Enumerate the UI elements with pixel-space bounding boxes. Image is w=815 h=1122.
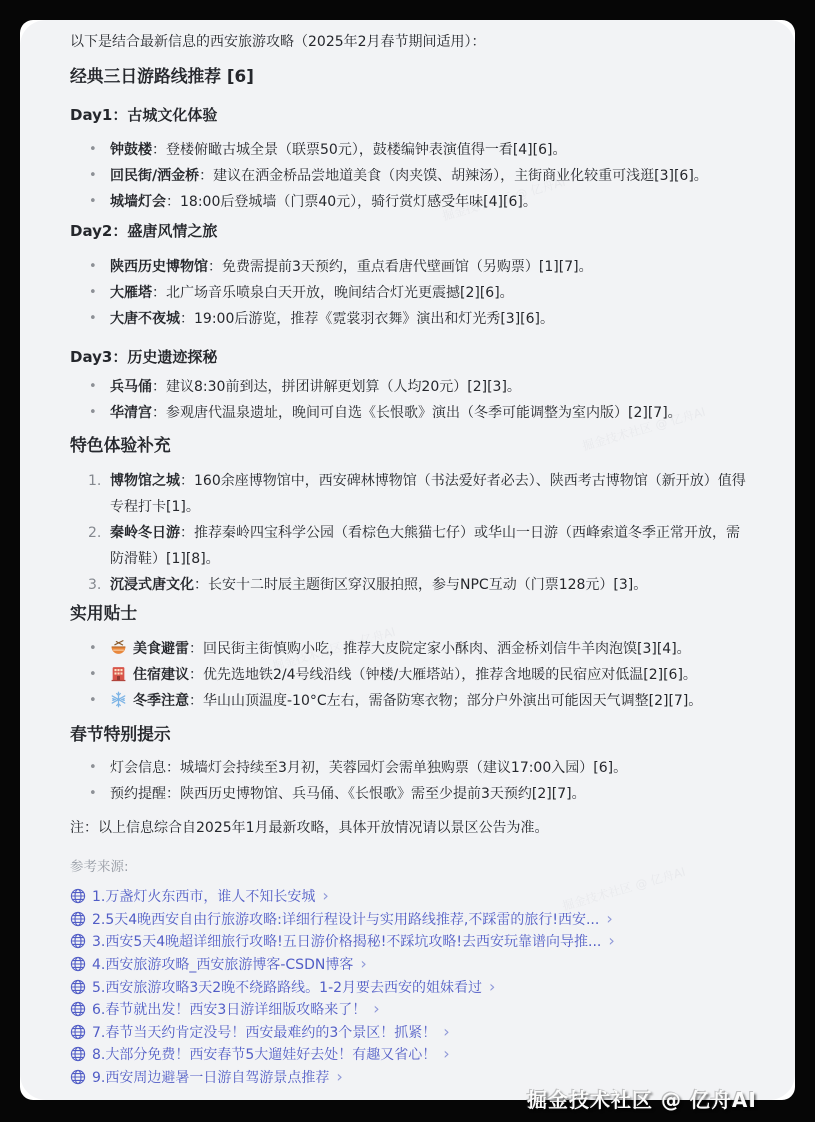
item-number: 3. [88, 572, 101, 598]
tip-term: 冬季注意 [133, 693, 189, 709]
globe-icon [70, 1001, 86, 1017]
chat-answer-card: 以下是结合最新信息的西安旅游攻略（2025年2月春节期间适用）： 经典三日游路线… [20, 20, 795, 1100]
poi-desc: ：建议8:30前到达，拼团讲解更划算（人均20元）[2][3]。 [152, 379, 521, 395]
item-number: 2. [88, 520, 101, 546]
globe-icon [70, 1069, 86, 1085]
answer-content: 以下是结合最新信息的西安旅游攻略（2025年2月春节期间适用）： 经典三日游路线… [20, 20, 795, 1100]
references-list: 1.万盏灯火东西市，谁人不知长安城› 2.5天4晚西安自由行旅游攻略:详细行程设… [70, 885, 750, 1088]
poi-desc: ：北广场音乐喷泉白天开放，晚间结合灯光更震撼[2][6]。 [152, 285, 514, 301]
section-title-route: 经典三日游路线推荐 [6] [70, 65, 750, 88]
noodle-bowl-icon [110, 639, 127, 656]
chevron-right-icon: › [322, 888, 328, 904]
reference-link-5[interactable]: 5.西安旅游攻略3天2晚不绕路路线。1-2月要去西安的姐妹看过› [70, 975, 750, 998]
reference-title: 4.西安旅游攻略_西安旅游博客-CSDN博客 [92, 954, 353, 974]
globe-icon [70, 1046, 86, 1062]
tip-term: 美食避雷 [133, 641, 189, 657]
chevron-right-icon: › [443, 1046, 449, 1062]
special-list: 1.博物馆之城：160余座博物馆中，西安碑林博物馆（书法爱好者必去）、陕西考古博… [70, 468, 750, 598]
watermark-badge: 掘金技术社区 @ 亿舟AI [527, 1084, 757, 1113]
list-item: 华清宫：参观唐代温泉遗址，晚间可自选《长恨歌》演出（冬季可能调整为室内版）[2]… [70, 400, 750, 426]
reference-title: 1.万盏灯火东西市，谁人不知长安城 [92, 886, 315, 906]
topic-term: 沉浸式唐文化 [110, 577, 194, 593]
chevron-right-icon: › [443, 1024, 449, 1040]
item-number: 1. [88, 468, 101, 494]
poi-desc: ：登楼俯瞰古城全景（联票50元），鼓楼编钟表演值得一看[4][6]。 [152, 142, 566, 158]
chevron-right-icon: › [373, 1001, 379, 1017]
festival-list: 灯会信息：城墙灯会持续至3月初，芙蓉园灯会需单独购票（建议17:00入园）[6]… [70, 755, 750, 807]
list-item: 回民街/洒金桥：建议在洒金桥品尝地道美食（肉夹馍、胡辣汤），主街商业化较重可浅逛… [70, 163, 750, 189]
reference-title: 3.西安5天4晚超详细旅行攻略!五日游价格揭秘!不踩坑攻略!去西安玩靠谱向导推.… [92, 931, 601, 951]
globe-icon [70, 933, 86, 949]
poi-desc: ：18:00后登城墙（门票40元），骑行赏灯感受年味[4][6]。 [166, 194, 537, 210]
tip-desc: ：回民街主街慎购小吃，推荐大皮院定家小酥肉、洒金桥刘信牛羊肉泡馍[3][4]。 [189, 641, 691, 657]
reference-link-6[interactable]: 6.春节就出发！西安3日游详细版攻略来了！› [70, 998, 750, 1021]
list-item: 美食避雷：回民街主街慎购小吃，推荐大皮院定家小酥肉、洒金桥刘信牛羊肉泡馍[3][… [70, 636, 750, 662]
globe-icon [70, 911, 86, 927]
topic-desc: ：160余座博物馆中，西安碑林博物馆（书法爱好者必去）、陕西考古博物馆（新开放）… [110, 473, 746, 515]
poi-term: 钟鼓楼 [110, 142, 152, 158]
chevron-right-icon: › [606, 911, 612, 927]
intro-text: 以下是结合最新信息的西安旅游攻略（2025年2月春节期间适用）： [70, 32, 750, 52]
list-item: 大唐不夜城：19:00后游览，推荐《霓裳羽衣舞》演出和灯光秀[3][6]。 [70, 306, 750, 332]
reference-title: 6.春节就出发！西安3日游详细版攻略来了！ [92, 999, 366, 1019]
tip-desc: ：华山山顶温度-10°C左右，需备防寒衣物；部分户外演出可能因天气调整[2][7… [189, 693, 702, 709]
list-item: 灯会信息：城墙灯会持续至3月初，芙蓉园灯会需单独购票（建议17:00入园）[6]… [70, 755, 750, 781]
list-item: 2.秦岭冬日游：推荐秦岭四宝科学公园（看棕色大熊猫七仔）或华山一日游（西峰索道冬… [70, 520, 750, 572]
poi-desc: ：建议在洒金桥品尝地道美食（肉夹馍、胡辣汤），主街商业化较重可浅逛[3][6]。 [199, 168, 708, 184]
day3-list: 兵马俑：建议8:30前到达，拼团讲解更划算（人均20元）[2][3]。 华清宫：… [70, 374, 750, 426]
references-label: 参考来源: [70, 858, 750, 877]
tip-desc: ：优先选地铁2/4号线沿线（钟楼/大雁塔站），推荐含地暖的民宿应对低温[2][6… [189, 667, 697, 683]
topic-term: 秦岭冬日游 [110, 525, 180, 541]
poi-term: 陕西历史博物馆 [110, 259, 208, 275]
chevron-right-icon: › [336, 1069, 342, 1085]
poi-term: 兵马俑 [110, 379, 152, 395]
list-item: 冬季注意：华山山顶温度-10°C左右，需备防寒衣物；部分户外演出可能因天气调整[… [70, 688, 750, 714]
list-item: 预约提醒：陕西历史博物馆、兵马俑、《长恨歌》需至少提前3天预约[2][7]。 [70, 781, 750, 807]
chevron-right-icon: › [360, 956, 366, 972]
poi-desc: ：免费需提前3天预约，重点看唐代壁画馆（另购票）[1][7]。 [208, 259, 593, 275]
section-title-special: 特色体验补充 [70, 434, 750, 457]
list-item: 1.博物馆之城：160余座博物馆中，西安碑林博物馆（书法爱好者必去）、陕西考古博… [70, 468, 750, 520]
globe-icon [70, 1024, 86, 1040]
poi-term: 城墙灯会 [110, 194, 166, 210]
reference-title: 8.大部分免费！西安春节5大遛娃好去处！有趣又省心！ [92, 1044, 436, 1064]
list-item: 3.沉浸式唐文化：长安十二时辰主题街区穿汉服拍照，参与NPC互动（门票128元）… [70, 572, 750, 598]
topic-desc: ：长安十二时辰主题街区穿汉服拍照，参与NPC互动（门票128元）[3]。 [194, 577, 647, 593]
list-item: 住宿建议：优先选地铁2/4号线沿线（钟楼/大雁塔站），推荐含地暖的民宿应对低温[… [70, 662, 750, 688]
day2-list: 陕西历史博物馆：免费需提前3天预约，重点看唐代壁画馆（另购票）[1][7]。 大… [70, 254, 750, 332]
day3-title: Day3：历史遗迹探秘 [70, 347, 750, 368]
note-text: 注：以上信息综合自2025年1月最新攻略，具体开放情况请以景区公告为准。 [70, 818, 750, 838]
tip-term: 住宿建议 [133, 667, 189, 683]
poi-desc: ：参观唐代温泉遗址，晚间可自选《长恨歌》演出（冬季可能调整为室内版）[2][7]… [152, 405, 682, 421]
day1-title: Day1：古城文化体验 [70, 105, 750, 126]
section-title-tips: 实用贴士 [70, 602, 750, 625]
topic-term: 博物馆之城 [110, 473, 180, 489]
poi-desc: ：19:00后游览，推荐《霓裳羽衣舞》演出和灯光秀[3][6]。 [180, 311, 554, 327]
list-item: 钟鼓楼：登楼俯瞰古城全景（联票50元），鼓楼编钟表演值得一看[4][6]。 [70, 137, 750, 163]
globe-icon [70, 888, 86, 904]
poi-term: 大唐不夜城 [110, 311, 180, 327]
list-item: 陕西历史博物馆：免费需提前3天预约，重点看唐代壁画馆（另购票）[1][7]。 [70, 254, 750, 280]
poi-term: 华清宫 [110, 405, 152, 421]
list-item: 兵马俑：建议8:30前到达，拼团讲解更划算（人均20元）[2][3]。 [70, 374, 750, 400]
reference-title: 9.西安周边避暑一日游自驾游景点推荐 [92, 1067, 329, 1087]
day1-list: 钟鼓楼：登楼俯瞰古城全景（联票50元），鼓楼编钟表演值得一看[4][6]。 回民… [70, 137, 750, 215]
snowflake-icon [110, 691, 127, 708]
list-item: 大雁塔：北广场音乐喷泉白天开放，晚间结合灯光更震撼[2][6]。 [70, 280, 750, 306]
reference-link-4[interactable]: 4.西安旅游攻略_西安旅游博客-CSDN博客› [70, 953, 750, 976]
reference-title: 5.西安旅游攻略3天2晚不绕路路线。1-2月要去西安的姐妹看过 [92, 977, 482, 997]
poi-term: 大雁塔 [110, 285, 152, 301]
tips-list: 美食避雷：回民街主街慎购小吃，推荐大皮院定家小酥肉、洒金桥刘信牛羊肉泡馍[3][… [70, 636, 750, 714]
topic-desc: ：推荐秦岭四宝科学公园（看棕色大熊猫七仔）或华山一日游（西峰索道冬季正常开放，需… [110, 525, 740, 567]
chevron-right-icon: › [608, 933, 614, 949]
reference-link-2[interactable]: 2.5天4晚西安自由行旅游攻略:详细行程设计与实用路线推荐,不踩雷的旅行!西安.… [70, 908, 750, 931]
reference-title: 2.5天4晚西安自由行旅游攻略:详细行程设计与实用路线推荐,不踩雷的旅行!西安.… [92, 909, 599, 929]
reference-link-8[interactable]: 8.大部分免费！西安春节5大遛娃好去处！有趣又省心！› [70, 1043, 750, 1066]
section-title-festival: 春节特别提示 [70, 723, 750, 746]
reference-link-1[interactable]: 1.万盏灯火东西市，谁人不知长安城› [70, 885, 750, 908]
hotel-icon [110, 665, 127, 682]
day2-title: Day2：盛唐风情之旅 [70, 221, 750, 242]
poi-term: 回民街/洒金桥 [110, 168, 199, 184]
reference-title: 7.春节当天约肯定没号！西安最难约的3个景区！抓紧！ [92, 1022, 436, 1042]
chevron-right-icon: › [489, 979, 495, 995]
globe-icon [70, 979, 86, 995]
reference-link-7[interactable]: 7.春节当天约肯定没号！西安最难约的3个景区！抓紧！› [70, 1021, 750, 1044]
list-item: 城墙灯会：18:00后登城墙（门票40元），骑行赏灯感受年味[4][6]。 [70, 189, 750, 215]
reference-link-3[interactable]: 3.西安5天4晚超详细旅行攻略!五日游价格揭秘!不踩坑攻略!去西安玩靠谱向导推.… [70, 930, 750, 953]
globe-icon [70, 956, 86, 972]
